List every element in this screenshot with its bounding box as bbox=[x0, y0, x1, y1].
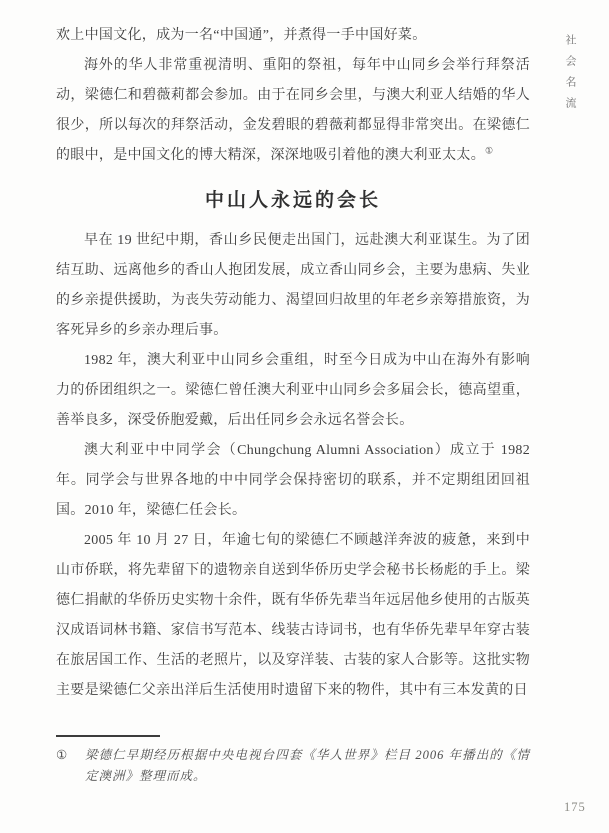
paragraph-alumni-association: 澳大利亚中中同学会（Chungchung Alumni Association）… bbox=[56, 436, 530, 526]
paragraph-text: 海外的华人非常重视清明、重阳的祭祖，每年中山同乡会举行拜祭活动，梁德仁和碧薇莉都… bbox=[56, 58, 530, 163]
book-page: 社会名流 欢上中国文化，成为一名“中国通”，并煮得一手中国好菜。 海外的华人非常… bbox=[0, 0, 609, 833]
footnote-marker: ① bbox=[56, 745, 85, 787]
footnote-text: 梁德仁早期经历根据中央电视台四套《华人世界》栏目 2006 年播出的《情定澳洲》… bbox=[85, 745, 530, 787]
section-title: 中山人永远的会长 bbox=[56, 186, 530, 216]
paragraph-ancestor-worship: 海外的华人非常重视清明、重阳的祭祖，每年中山同乡会举行拜祭活动，梁德仁和碧薇莉都… bbox=[56, 51, 530, 171]
paragraph-continued: 欢上中国文化，成为一名“中国通”，并煮得一手中国好菜。 bbox=[56, 21, 530, 51]
footnote-divider-rule bbox=[56, 735, 160, 737]
footnote: ① 梁德仁早期经历根据中央电视台四套《华人世界》栏目 2006 年播出的《情定澳… bbox=[56, 745, 530, 787]
page-number: 175 bbox=[564, 800, 586, 815]
page-content: 欢上中国文化，成为一名“中国通”，并煮得一手中国好菜。 海外的华人非常重视清明、… bbox=[56, 21, 530, 706]
paragraph-association-reorg: 1982 年，澳大利亚中山同乡会重组，时至今日成为中山在海外有影响力的侨团组织之… bbox=[56, 346, 530, 436]
footnote-reference-mark: ① bbox=[485, 145, 493, 155]
margin-category-label: 社会名流 bbox=[562, 34, 578, 118]
paragraph-donation: 2005 年 10 月 27 日，年逾七旬的梁德仁不顾越洋奔波的疲惫，来到中山市… bbox=[56, 526, 530, 706]
paragraph-history-origin: 早在 19 世纪中期，香山乡民便走出国门，远赴澳大利亚谋生。为了团结互助、远离他… bbox=[56, 226, 530, 346]
footnote-area: ① 梁德仁早期经历根据中央电视台四套《华人世界》栏目 2006 年播出的《情定澳… bbox=[56, 735, 530, 787]
